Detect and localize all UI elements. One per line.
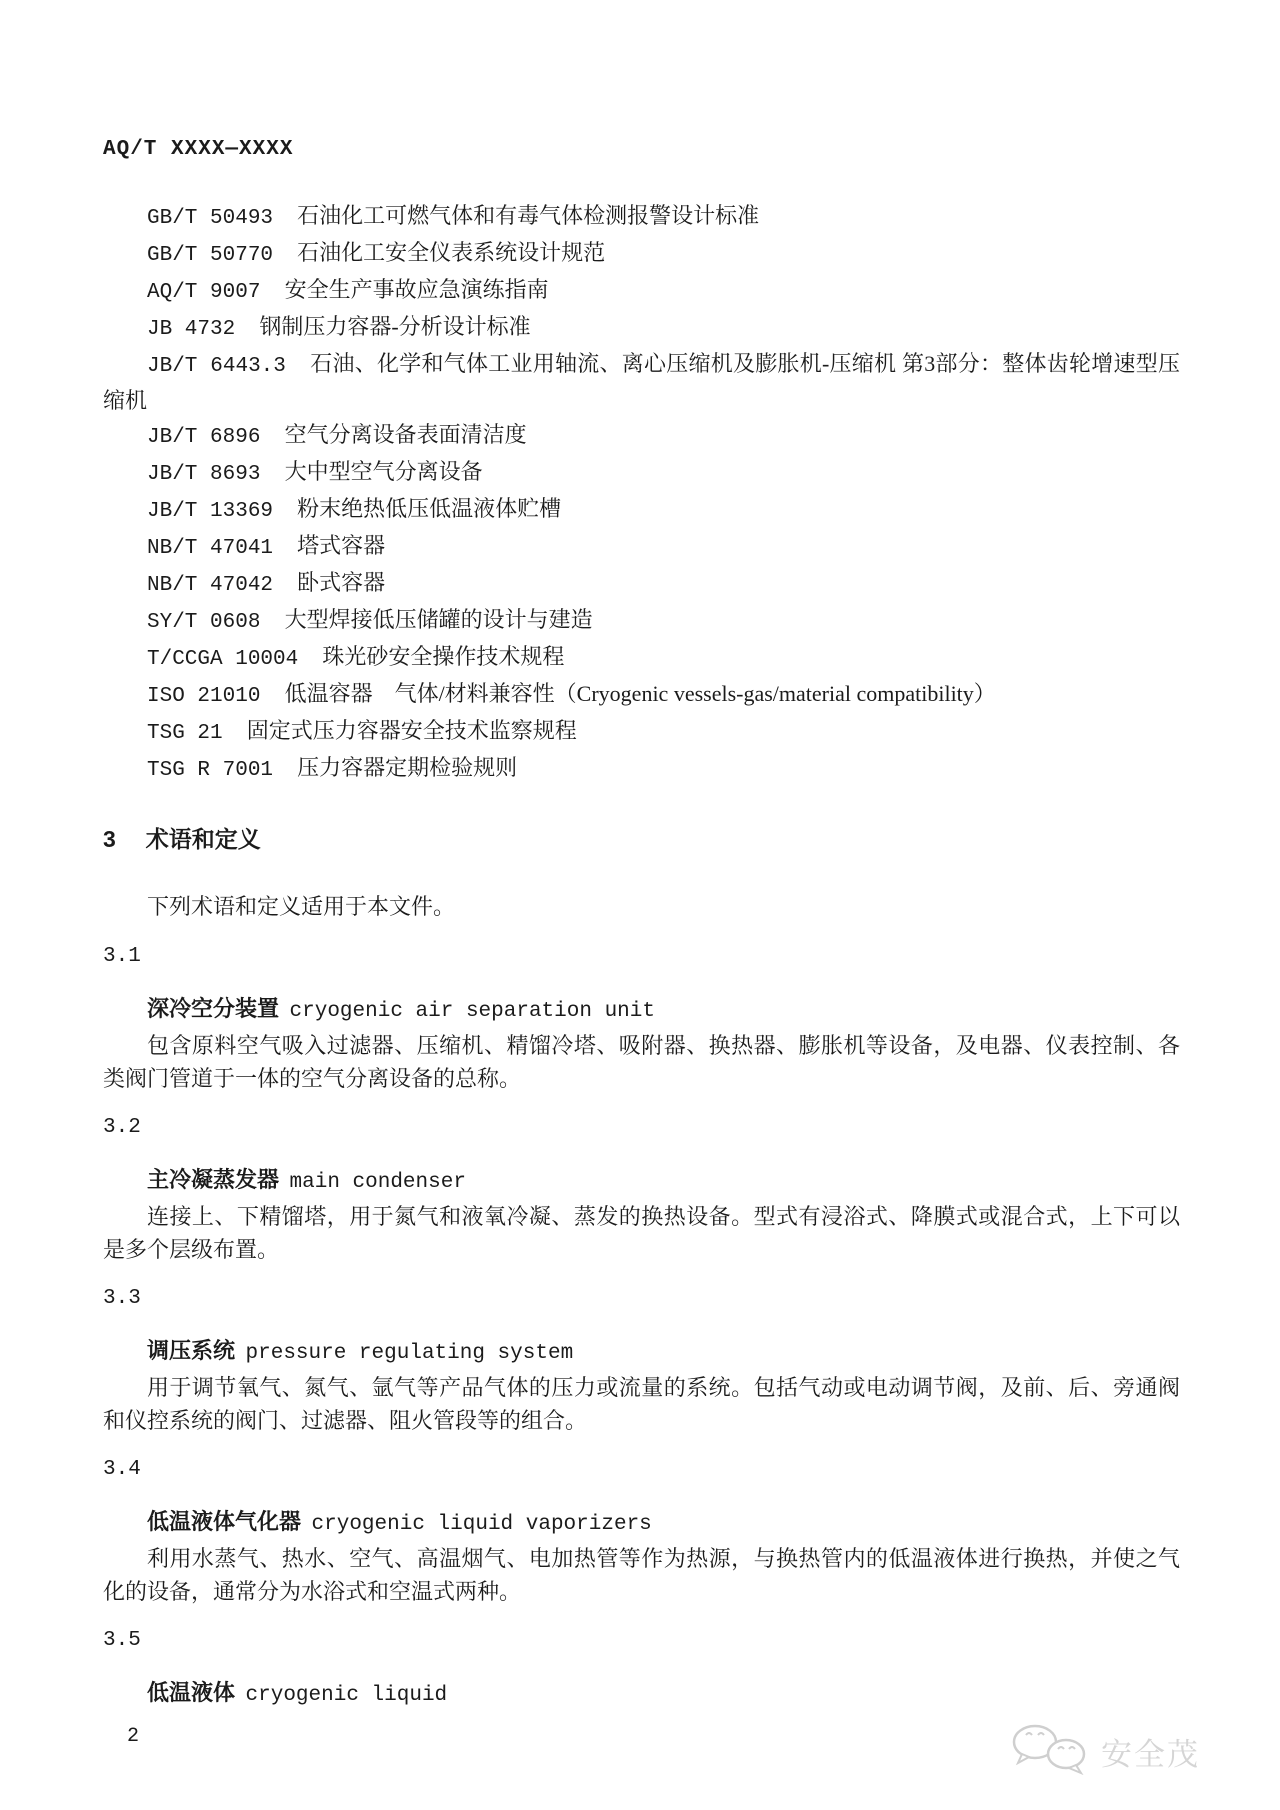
term-definition: 连接上、下精馏塔，用于氮气和液氧冷凝、蒸发的换热设备。型式有浸浴式、降膜式或混合… xyxy=(103,1200,1180,1266)
standard-title: 卧式容器 xyxy=(297,570,385,595)
standard-title: 石油化工可燃气体和有毒气体检测报警设计标准 xyxy=(297,203,759,228)
term-definition: 用于调节氧气、氮气、氩气等产品气体的压力或流量的系统。包括气动或电动调节阀，及前… xyxy=(103,1371,1180,1437)
standard-code: AQ/T 9007 xyxy=(147,281,260,304)
references-list: GB/T 50493石油化工可燃气体和有毒气体检测报警设计标准 GB/T 507… xyxy=(103,199,1180,788)
reference-item: GB/T 50493石油化工可燃气体和有毒气体检测报警设计标准 xyxy=(103,199,1180,236)
term-title: 低温液体气化器cryogenic liquid vaporizers xyxy=(103,1505,1180,1542)
term-block-3-3: 3.3 调压系统pressure regulating system 用于调节氧… xyxy=(103,1282,1180,1437)
reference-item: NB/T 47042卧式容器 xyxy=(103,566,1180,603)
term-definition: 包含原料空气吸入过滤器、压缩机、精馏冷塔、吸附器、换热器、膨胀机等设备，及电器、… xyxy=(103,1029,1180,1095)
reference-item: SY/T 0608大型焊接低压储罐的设计与建造 xyxy=(103,603,1180,640)
standard-title: 塔式容器 xyxy=(297,533,385,558)
term-number: 3.1 xyxy=(103,940,1180,974)
section-title: 术语和定义 xyxy=(146,826,261,852)
reference-item: NB/T 47041塔式容器 xyxy=(103,529,1180,566)
term-name-en: cryogenic liquid xyxy=(246,1684,448,1707)
term-title: 深冷空分装置cryogenic air separation unit xyxy=(103,992,1180,1029)
standard-title: 固定式压力容器安全技术监察规程 xyxy=(247,718,577,743)
standard-title: 石油化工安全仪表系统设计规范 xyxy=(297,240,605,265)
term-block-3-2: 3.2 主冷凝蒸发器main condenser 连接上、下精馏塔，用于氮气和液… xyxy=(103,1111,1180,1266)
term-number: 3.2 xyxy=(103,1111,1180,1145)
term-name-en: pressure regulating system xyxy=(246,1342,574,1365)
standard-title: 安全生产事故应急演练指南 xyxy=(285,277,549,302)
reference-item: GB/T 50770石油化工安全仪表系统设计规范 xyxy=(103,236,1180,273)
term-block-3-1: 3.1 深冷空分装置cryogenic air separation unit … xyxy=(103,940,1180,1095)
term-name-zh: 调压系统 xyxy=(147,1338,235,1363)
term-name-en: cryogenic air separation unit xyxy=(290,1000,655,1023)
standard-title: 大中型空气分离设备 xyxy=(285,459,483,484)
term-number: 3.4 xyxy=(103,1453,1180,1487)
section-number: 3 xyxy=(103,826,116,852)
standard-code: TSG R 7001 xyxy=(147,759,273,782)
reference-item: TSG 21固定式压力容器安全技术监察规程 xyxy=(103,714,1180,751)
standard-code: GB/T 50493 xyxy=(147,207,273,230)
standard-code: JB/T 13369 xyxy=(147,500,273,523)
reference-item: AQ/T 9007安全生产事故应急演练指南 xyxy=(103,273,1180,310)
wechat-bubbles-icon xyxy=(1010,1723,1094,1780)
standard-code: JB/T 6896 xyxy=(147,426,260,449)
standard-code: TSG 21 xyxy=(147,722,223,745)
standard-title: 粉末绝热低压低温液体贮槽 xyxy=(297,496,561,521)
standard-code: ISO 21010 xyxy=(147,685,260,708)
term-name-zh: 低温液体气化器 xyxy=(147,1509,301,1534)
standard-code: JB/T 8693 xyxy=(147,463,260,486)
term-block-3-4: 3.4 低温液体气化器cryogenic liquid vaporizers 利… xyxy=(103,1453,1180,1608)
standard-title: 珠光砂安全操作技术规程 xyxy=(322,644,564,669)
term-name-zh: 主冷凝蒸发器 xyxy=(147,1167,279,1192)
reference-item: JB/T 6896空气分离设备表面清洁度 xyxy=(103,418,1180,455)
watermark: 安全茂 xyxy=(1010,1723,1200,1780)
standard-title: 大型焊接低压储罐的设计与建造 xyxy=(285,607,593,632)
term-number: 3.5 xyxy=(103,1624,1180,1658)
standard-title: 压力容器定期检验规则 xyxy=(297,755,517,780)
reference-item: JB/T 8693大中型空气分离设备 xyxy=(103,455,1180,492)
term-title: 主冷凝蒸发器main condenser xyxy=(103,1163,1180,1200)
standard-code: SY/T 0608 xyxy=(147,611,260,634)
standard-code: NB/T 47042 xyxy=(147,574,273,597)
term-number: 3.3 xyxy=(103,1282,1180,1316)
reference-item: ISO 21010低温容器 气体/材料兼容性（Cryogenic vessels… xyxy=(103,677,1180,714)
term-name-zh: 低温液体 xyxy=(147,1680,235,1705)
term-name-zh: 深冷空分装置 xyxy=(147,996,279,1021)
standard-code: GB/T 50770 xyxy=(147,244,273,267)
reference-item: JB 4732钢制压力容器-分析设计标准 xyxy=(103,310,1180,347)
standard-code: JB/T 6443.3 xyxy=(147,355,286,378)
document-page: AQ/T XXXX—XXXX GB/T 50493石油化工可燃气体和有毒气体检测… xyxy=(103,138,1180,1748)
reference-item: JB/T 6443.3石油、化学和气体工业用轴流、离心压缩机及膨胀机-压缩机 第… xyxy=(103,347,1180,418)
standard-code: JB 4732 xyxy=(147,318,235,341)
section-heading: 3术语和定义 xyxy=(103,824,1180,854)
watermark-text: 安全茂 xyxy=(1101,1729,1200,1774)
document-header: AQ/T XXXX—XXXX xyxy=(103,138,1180,161)
reference-item: JB/T 13369粉末绝热低压低温液体贮槽 xyxy=(103,492,1180,529)
standard-code: NB/T 47041 xyxy=(147,537,273,560)
standard-title: 钢制压力容器-分析设计标准 xyxy=(259,314,530,339)
term-block-3-5: 3.5 低温液体cryogenic liquid xyxy=(103,1624,1180,1713)
term-title: 调压系统pressure regulating system xyxy=(103,1334,1180,1371)
standard-title: 空气分离设备表面清洁度 xyxy=(285,422,527,447)
reference-item: TSG R 7001压力容器定期检验规则 xyxy=(103,751,1180,788)
term-name-en: main condenser xyxy=(290,1171,466,1194)
reference-item: T/CCGA 10004珠光砂安全操作技术规程 xyxy=(103,640,1180,677)
standard-title: 低温容器 气体/材料兼容性（Cryogenic vessels-gas/mate… xyxy=(285,681,996,706)
section-intro: 下列术语和定义适用于本文件。 xyxy=(103,890,1180,924)
term-title: 低温液体cryogenic liquid xyxy=(103,1676,1180,1713)
standard-code: T/CCGA 10004 xyxy=(147,648,298,671)
term-definition: 利用水蒸气、热水、空气、高温烟气、电加热管等作为热源，与换热管内的低温液体进行换… xyxy=(103,1542,1180,1608)
term-name-en: cryogenic liquid vaporizers xyxy=(312,1513,652,1536)
